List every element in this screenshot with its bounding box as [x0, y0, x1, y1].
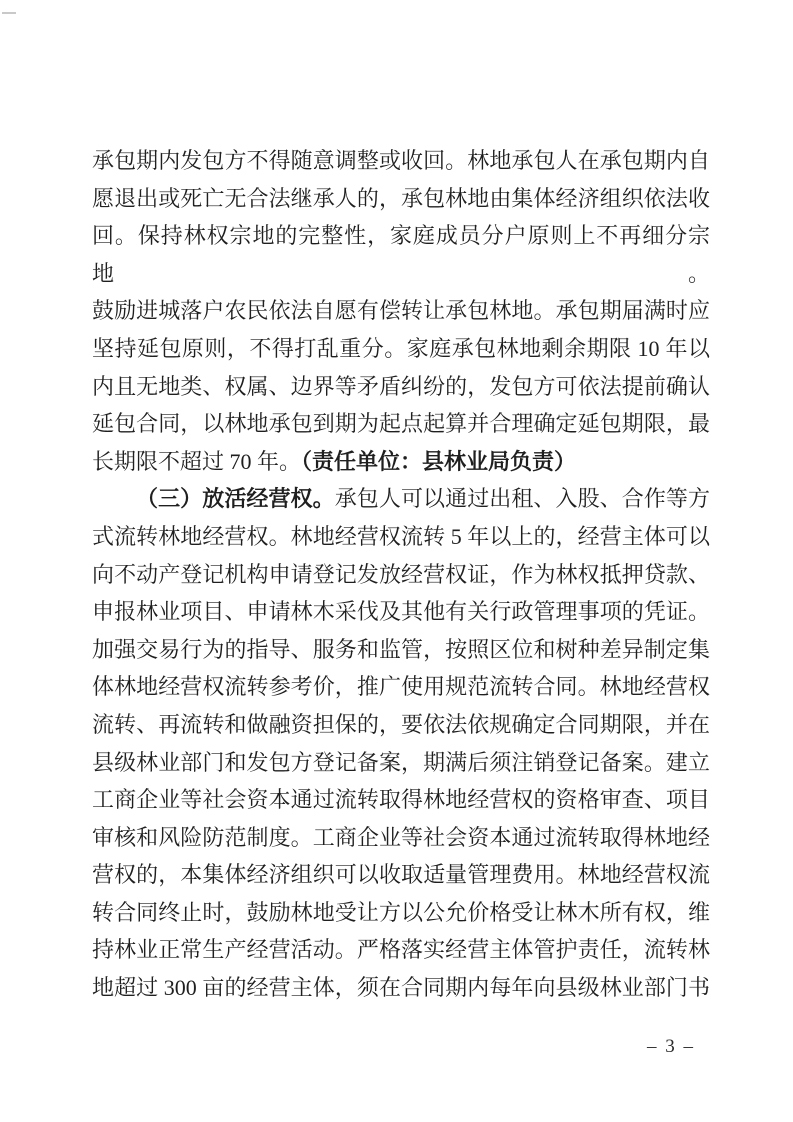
body-line: 地超过 300 亩的经营主体，须在合同期内每年向县级林业部门书: [92, 969, 710, 1007]
body-line: 县级林业部门和发包方登记备案，期满后须注销登记备案。建立: [92, 744, 710, 782]
body-line: 向不动产登记机构申请登记发放经营权证，作为林权抵押贷款、: [92, 556, 710, 594]
body-line: 回。保持林权宗地的完整性，家庭成员分户原则上不再细分宗地。: [92, 217, 710, 292]
body-line-text: 承包人可以通过出租、入股、合作等方: [335, 486, 710, 511]
body-line: 延包合同，以林地承包到期为起点起算并合理确定延包期限，最: [92, 405, 710, 443]
body-line: 承包期内发包方不得随意调整或收回。林地承包人在承包期内自: [92, 142, 710, 180]
body-line: 加强交易行为的指导、服务和监管，按照区位和树种差异制定集: [92, 631, 710, 669]
body-line: 工商企业等社会资本通过流转取得林地经营权的资格审查、项目: [92, 781, 710, 819]
body-line: 申报林业项目、申请林木采伐及其他有关行政管理事项的凭证。: [92, 593, 710, 631]
body-line: 坚持延包原则，不得打乱重分。家庭承包林地剩余期限 10 年以: [92, 330, 710, 368]
body-line: 式流转林地经营权。林地经营权流转 5 年以上的，经营主体可以: [92, 518, 710, 556]
body-line: 转合同终止时，鼓励林地受让方以公允价格受让林木所有权，维: [92, 894, 710, 932]
responsibility-note: （责任单位：县林业局负责）: [301, 449, 576, 474]
body-line: 体林地经营权流转参考价，推广使用规范流转合同。林地经营权: [92, 668, 710, 706]
body-line: 流转、再流转和做融资担保的，要依法依规确定合同期限，并在: [92, 706, 710, 744]
document-text-block: 承包期内发包方不得随意调整或收回。林地承包人在承包期内自 愿退出或死亡无合法继承…: [92, 142, 710, 1007]
body-line: 内且无地类、权属、边界等矛盾纠纷的，发包方可依法提前确认: [92, 368, 710, 406]
body-line: 持林业正常生产经营活动。严格落实经营主体管护责任，流转林: [92, 931, 710, 969]
body-line: （三）放活经营权。承包人可以通过出租、入股、合作等方: [92, 480, 710, 518]
scan-artifact: [2, 12, 16, 14]
page-number: – 3 –: [647, 1036, 695, 1058]
section-heading: （三）放活经营权。: [136, 486, 335, 511]
body-line-text: 长期限不超过 70 年。: [92, 449, 301, 474]
body-line: 鼓励进城落户农民依法自愿有偿转让承包林地。承包期届满时应: [92, 292, 710, 330]
body-line: 审核和风险防范制度。工商企业等社会资本通过流转取得林地经: [92, 819, 710, 857]
document-page: 承包期内发包方不得随意调整或收回。林地承包人在承包期内自 愿退出或死亡无合法继承…: [0, 0, 793, 1122]
body-line: 愿退出或死亡无合法继承人的，承包林地由集体经济组织依法收: [92, 180, 710, 218]
body-line: 营权的，本集体经济组织可以收取适量管理费用。林地经营权流: [92, 856, 710, 894]
body-line: 长期限不超过 70 年。（责任单位：县林业局负责）: [92, 443, 710, 481]
